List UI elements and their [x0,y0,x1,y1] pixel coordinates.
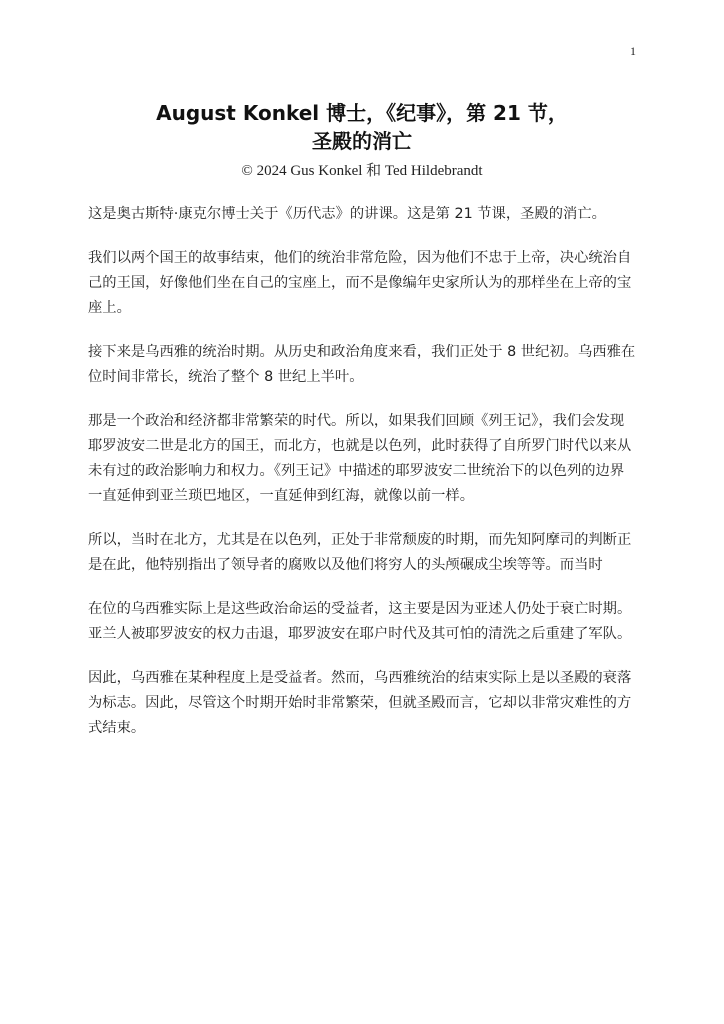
paragraph: 我们以两个国王的故事结束，他们的统治非常危险，因为他们不忠于上帝，决心统治自己的… [88,246,636,321]
paragraph: 在位的乌西雅实际上是这些政治命运的受益者，这主要是因为亚述人仍处于衰亡时期。亚兰… [88,597,636,647]
page-number: 1 [630,44,636,59]
document-title: August Konkel 博士，《纪事》，第 21 节， [0,99,724,127]
paragraph: 所以，当时在北方，尤其是在以色列，正处于非常颓废的时期，而先知阿摩司的判断正是在… [88,528,636,578]
copyright-line: © 2024 Gus Konkel 和 Ted Hildebrandt [0,159,724,180]
paragraph: 接下来是乌西雅的统治时期。从历史和政治角度来看，我们正处于 8 世纪初。乌西雅在… [88,340,636,390]
paragraph: 这是奥古斯特·康克尔博士关于《历代志》的讲课。这是第 21 节课，圣殿的消亡。 [88,202,636,227]
paragraph: 因此，乌西雅在某种程度上是受益者。然而，乌西雅统治的结束实际上是以圣殿的衰落为标… [88,666,636,741]
document-subtitle: 圣殿的消亡 [0,127,724,155]
paragraph: 那是一个政治和经济都非常繁荣的时代。所以，如果我们回顾《列王记》，我们会发现耶罗… [88,409,636,509]
document-body: 这是奥古斯特·康克尔博士关于《历代志》的讲课。这是第 21 节课，圣殿的消亡。 … [88,202,636,760]
